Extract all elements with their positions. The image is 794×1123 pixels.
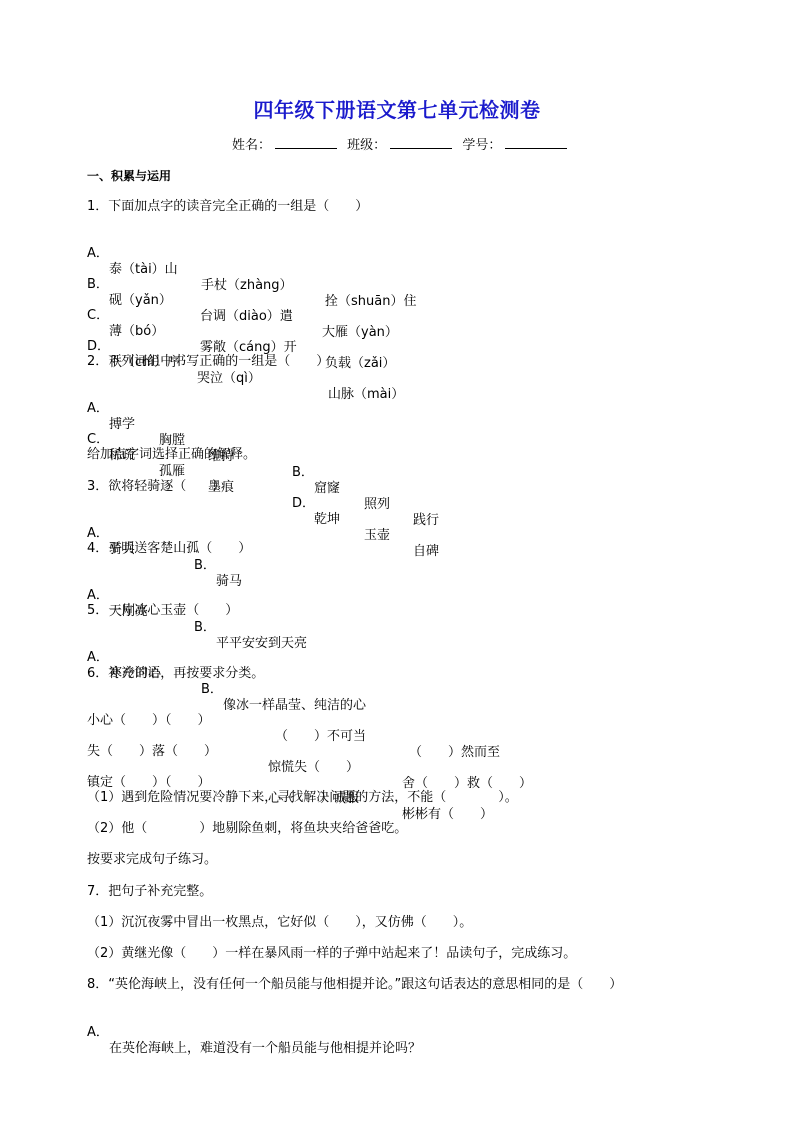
name-label: 姓名： bbox=[232, 138, 271, 153]
instruction-sentence: 按要求完成句子练习。 bbox=[87, 852, 217, 868]
student-id-label: 学号： bbox=[462, 138, 501, 153]
exam-page: 四年级下册语文第七单元检测卷 姓名： 班级： 学号： 一、积累与运用 1．下面加… bbox=[0, 0, 794, 1123]
question-7-sub-1: （1）沉沉夜雾中冒出一枚黑点，它好似（ ），又仿佛（ ）。 bbox=[87, 915, 472, 931]
question-6-stem: 6．补充词语，再按要求分类。 bbox=[87, 666, 264, 682]
instruction-explain: 给加点字词选择正确的解释。 bbox=[87, 447, 256, 463]
question-2-stem: 2．下列词组中书写正确的一组是（ ） bbox=[87, 354, 329, 370]
student-id-blank[interactable] bbox=[505, 136, 567, 149]
question-6-sub-1: （1）遇到危险情况要冷静下来，寻找解决问题的方法，不能（ ）。 bbox=[87, 790, 518, 806]
question-7-stem: 7．把句子补充完整。 bbox=[87, 884, 212, 900]
question-3-stem: 3．欲将轻骑逐（ ） bbox=[87, 479, 225, 495]
student-info-line: 姓名： 班级： 学号： bbox=[232, 134, 571, 153]
question-7-sub-2: （2）黄继光像（ ）一样在暴风雨一样的子弹中站起来了！品读句子，完成练习。 bbox=[87, 946, 576, 962]
question-6-sub-2: （2）他（ ）地剔除鱼刺，将鱼块夹给爸爸吃。 bbox=[87, 821, 407, 837]
question-8-stem: 8．“英伦海峡上，没有任何一个船员能与他相提并论。”跟这句话表达的意思相同的是（… bbox=[87, 977, 622, 993]
question-5-stem: 5．一片冰心玉壶（ ） bbox=[87, 603, 238, 619]
name-blank[interactable] bbox=[275, 136, 337, 149]
section-heading: 一、积累与运用 bbox=[87, 168, 171, 184]
question-1-stem: 1．下面加点字的读音完全正确的一组是（ ） bbox=[87, 199, 368, 215]
question-4-stem: 4．平明送客楚山孤（ ） bbox=[87, 541, 251, 557]
exam-title: 四年级下册语文第七单元检测卷 bbox=[0, 94, 794, 123]
class-blank[interactable] bbox=[390, 136, 452, 149]
question-8-option-a: A． 在英伦海峡上，难道没有一个船员能与他相提并论吗？ bbox=[87, 1009, 687, 1073]
class-label: 班级： bbox=[347, 138, 386, 153]
